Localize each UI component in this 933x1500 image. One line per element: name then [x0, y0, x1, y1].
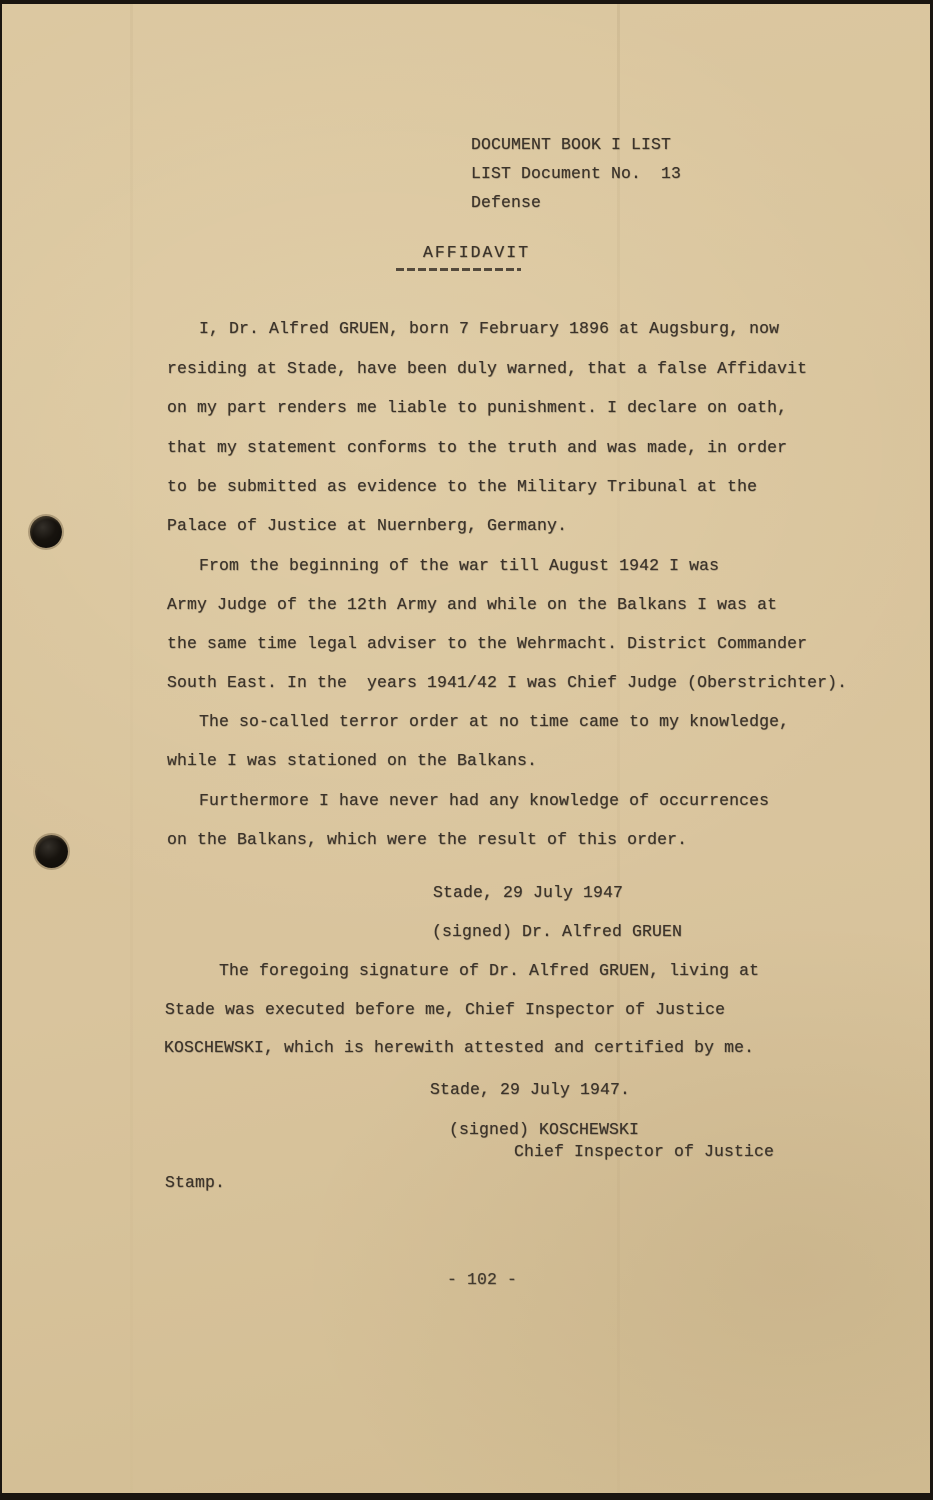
- signature-line: (signed) KOSCHEWSKI: [449, 1120, 639, 1140]
- paper-crease: [130, 4, 133, 1493]
- attestation-line: Stade was executed before me, Chief Insp…: [165, 1000, 725, 1020]
- date-line: Stade, 29 July 1947: [433, 883, 623, 903]
- header-document-number: LIST Document No. 13: [471, 164, 681, 184]
- body-line: I, Dr. Alfred GRUEN, born 7 February 189…: [199, 319, 779, 339]
- date-line: Stade, 29 July 1947.: [430, 1080, 630, 1100]
- paper: DOCUMENT BOOK I LIST LIST Document No. 1…: [2, 4, 930, 1493]
- body-line: that my statement conforms to the truth …: [167, 438, 787, 458]
- body-line: on the Balkans, which were the result of…: [167, 830, 687, 850]
- paper-crease: [617, 4, 620, 1493]
- signature-line: (signed) Dr. Alfred GRUEN: [432, 922, 682, 942]
- signature-title-line: Chief Inspector of Justice: [514, 1142, 774, 1162]
- attestation-line: The foregoing signature of Dr. Alfred GR…: [219, 961, 759, 981]
- page-number: - 102 -: [447, 1270, 517, 1290]
- body-line: Palace of Justice at Nuernberg, Germany.: [167, 516, 567, 536]
- body-line: the same time legal adviser to the Wehrm…: [167, 634, 807, 654]
- attestation-line: KOSCHEWSKI, which is herewith attested a…: [164, 1038, 754, 1058]
- header-document-book: DOCUMENT BOOK I LIST: [471, 135, 671, 155]
- body-line: Furthermore I have never had any knowled…: [199, 791, 769, 811]
- body-line: while I was stationed on the Balkans.: [167, 751, 537, 771]
- header-party: Defense: [471, 193, 541, 213]
- body-line: to be submitted as evidence to the Milit…: [167, 477, 757, 497]
- body-line: on my part renders me liable to punishme…: [167, 398, 787, 418]
- body-line: From the beginning of the war till Augus…: [199, 556, 719, 576]
- title-underline: [396, 268, 521, 271]
- body-line: The so-called terror order at no time ca…: [199, 712, 789, 732]
- body-line: residing at Stade, have been duly warned…: [167, 359, 807, 379]
- hole-punch-bottom: [35, 835, 68, 868]
- affidavit-title: AFFIDAVIT: [423, 243, 530, 263]
- body-line: South East. In the years 1941/42 I was C…: [167, 673, 847, 693]
- hole-punch-top: [30, 516, 62, 548]
- stamp-note: Stamp.: [165, 1173, 225, 1193]
- scanned-page: DOCUMENT BOOK I LIST LIST Document No. 1…: [0, 0, 933, 1500]
- body-line: Army Judge of the 12th Army and while on…: [167, 595, 777, 615]
